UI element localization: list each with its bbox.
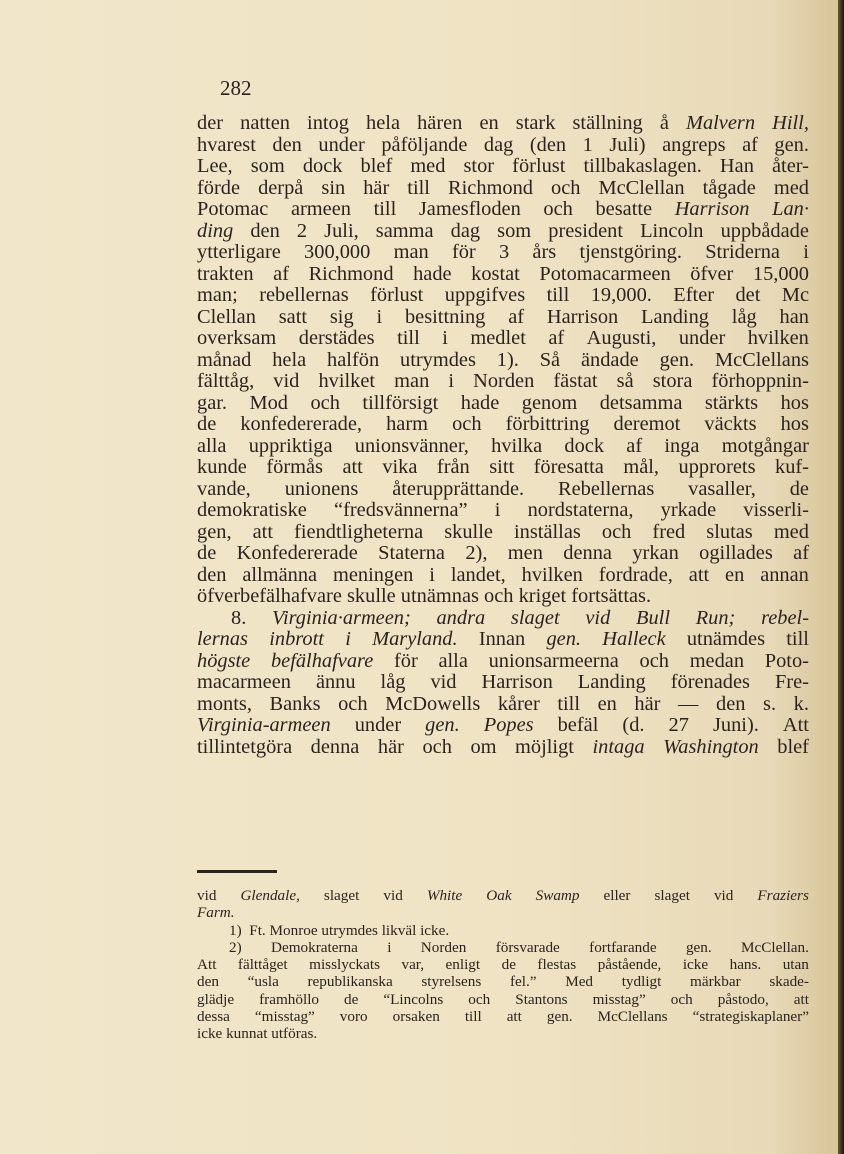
text-line: lernasinbrottiMaryland.Innangen.Hallecku…	[197, 629, 809, 651]
footnote-line: vidGlendale,slagetvidWhiteOakSwampellers…	[197, 887, 809, 904]
footnote-line: den“uslarepublikanskastyrelsensfel.”Medt…	[197, 973, 809, 990]
text-line: öfverbefälhafvare skulle utnämnas och kr…	[197, 586, 809, 608]
text-line: allauppriktigaunionsvänner,hvilkadockafi…	[197, 436, 809, 458]
text-line: hvarestdenunderpåföljandedag(den1Juli)an…	[197, 135, 809, 157]
text-line: fördederpåsinhärtillRichmondochMcClellan…	[197, 178, 809, 200]
footnote-line: dessa“misstag”voroorsakentillattgen.McCl…	[197, 1008, 809, 1025]
text-line: ytterligare300,000manför3årstjenstgöring…	[197, 242, 809, 264]
page-edge	[838, 0, 844, 1154]
text-line: macarmeenännulågvidHarrisonLandingförena…	[197, 672, 809, 694]
text-line: man;rebellernasförlustuppgifvestill19,00…	[197, 285, 809, 307]
text-line: kundeförmåsattvikafrånsittföresattamål,u…	[197, 457, 809, 479]
footnote-line: Attfälttågetmisslyckatsvar,enligtdeflest…	[197, 956, 809, 973]
text-line: tillintetgöradennahärochommöjligtintagaW…	[197, 737, 809, 759]
text-line: Lee,somdockblefmedstorförlusttillbakasla…	[197, 156, 809, 178]
text-line: traktenafRichmondhadekostatPotomacarmeen…	[197, 264, 809, 286]
footnote-line: 2)DemokraternaiNordenförsvaradefortfaran…	[197, 939, 809, 956]
footnote-line: 1) Ft. Monroe utrymdes likväl icke.	[197, 922, 809, 939]
text-line: PotomacarmeentillJamesflodenochbesatteHa…	[197, 199, 809, 221]
text-line: gen,attfiendtligheternaskulleinställasoc…	[197, 522, 809, 544]
footnote-line: Farm.	[197, 904, 809, 921]
footnote-line: glädjeframhöllode“LincolnsochStantonsmis…	[197, 991, 809, 1008]
text-line: högstebefälhafvareförallaunionsarmeernao…	[197, 651, 809, 673]
text-line: Virginia-armeenundergen.Popesbefäl(d.27J…	[197, 715, 809, 737]
text-line: deKonfedereradeStaterna2),mendennayrkano…	[197, 543, 809, 565]
footnote-divider	[197, 870, 277, 873]
text-line: dingden2Juli,sammadagsompresidentLincoln…	[197, 221, 809, 243]
text-line: dernattenintoghelahärenenstarkställningå…	[197, 113, 809, 135]
text-line: fälttåg,vidhvilketmaniNordenfästatsåstor…	[197, 371, 809, 393]
text-line: overksamderstädestillimedletafAugusti,un…	[197, 328, 809, 350]
footnotes: vidGlendale,slagetvidWhiteOakSwampellers…	[197, 887, 809, 1043]
page-number: 282	[220, 76, 252, 101]
text-line: monts,BanksochMcDowellskårertillenhär—de…	[197, 694, 809, 716]
text-line: vande,unionensåterupprättande.Rebellerna…	[197, 479, 809, 501]
footnote-line: icke kunnat utföras.	[197, 1025, 809, 1042]
text-line: ClellansattsigibesittningafHarrisonLandi…	[197, 307, 809, 329]
text-line: månadhelahalfönutrymdes1).Såändadegen.Mc…	[197, 350, 809, 372]
text-line: dekonfedererade,harmochförbittringderemo…	[197, 414, 809, 436]
body-text: dernattenintoghelahärenenstarkställningå…	[197, 113, 809, 758]
text-line: gar.Modochtillförsigthadegenomdetsammast…	[197, 393, 809, 415]
text-line: 8.Virginia·armeen;andraslagetvidBullRun;…	[197, 608, 809, 630]
book-page: 282 dernattenintoghelahärenenstarkställn…	[0, 0, 838, 1154]
text-line: denallmännameningenilandet,hvilkenfordra…	[197, 565, 809, 587]
text-line: demokratiske“fredsvännerna”inordstaterna…	[197, 500, 809, 522]
